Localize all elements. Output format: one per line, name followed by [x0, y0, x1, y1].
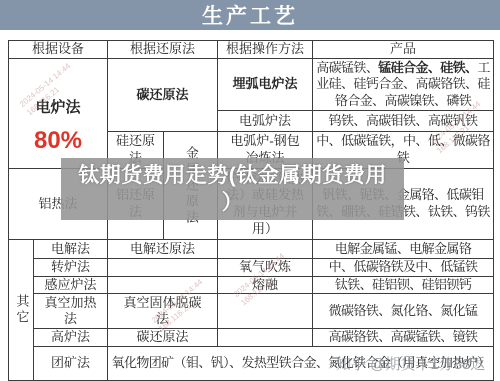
cell-dev-blast: 高炉法	[34, 329, 108, 347]
watermark-title-line1: 钛期货费用走势(钛金属期货费用	[78, 162, 387, 189]
cell-dev-briquette: 团矿法	[34, 347, 108, 381]
row-submerged-arc: 电炉法 80% 碳还原法 埋弧电炉法 高碳锰铁、锰硅合金、硅铁、工业硅、硅钙合金…	[9, 59, 494, 111]
cell-dev-induction: 感应炉法	[34, 276, 108, 294]
cell-op-electrolysis-empty	[218, 240, 313, 259]
zhihu-watermark: 知乎 @期货十1分88返	[336, 353, 485, 374]
cell-equip-other: 其它	[9, 240, 34, 381]
cell-red-converter-empty	[108, 259, 218, 277]
cell-op-blast-empty	[218, 329, 313, 347]
header-reduction: 根据还原法	[108, 41, 218, 59]
row-converter: 转炉法 氧气吹炼 中、低碳铬铁及中、低锰铁	[9, 259, 494, 277]
watermark-title-line2: ）	[222, 189, 244, 216]
cell-electrolytic-reduction: 电解还原法	[108, 240, 218, 259]
screenshot-root: 生产工艺 根据设备 根据还原法 根据操作方法 产品 电炉法 80% 碳还原法 埋…	[0, 0, 500, 381]
cell-op-arc: 电弧炉法	[218, 111, 313, 132]
equip-electric-percent: 80%	[34, 126, 82, 157]
watermark-title-band: 钛期货费用走势(钛金属期货费用 ）	[61, 158, 404, 220]
table-header-row: 根据设备 根据还原法 根据操作方法 产品	[9, 41, 494, 59]
row-electrolysis: 其它 电解法 电解还原法 电解金属锰、电解金属铬	[9, 240, 494, 259]
cell-prod-submerged-arc: 高碳锰铁、锰硅合金、硅铁、工业硅、硅钙合金、高碳铬铁、硅铬合金、高碳镍铁、磷铁	[313, 59, 494, 111]
cell-op-submerged-arc: 埋弧电炉法	[218, 59, 313, 111]
cell-carbon-reduction: 碳还原法	[108, 59, 218, 132]
cell-dev-electrolysis: 电解法	[34, 240, 108, 259]
cell-prod-electrolysis: 电解金属锰、电解金属铬	[313, 240, 494, 259]
header-equipment: 根据设备	[9, 41, 108, 59]
header-operation: 根据操作方法	[218, 41, 313, 59]
cell-op-vacuum-empty	[218, 294, 313, 329]
header-product: 产品	[313, 41, 494, 59]
cell-prod-vacuum: 微碳铬铁、氮化铬、氮化锰	[313, 294, 494, 329]
title-bar: 生产工艺	[0, 0, 500, 30]
cell-prod-converter: 中、低碳铬铁及中、低锰铁	[313, 259, 494, 277]
cell-dev-converter: 转炉法	[34, 259, 108, 277]
cell-dev-vacuum: 真空加热 法	[34, 294, 108, 329]
cell-prod-blast: 高碳铬铁、高碳锰铁、镜铁	[313, 329, 494, 347]
cell-prod-induction: 钛铁、硅铝钡、硅铝钡钙	[313, 276, 494, 294]
row-blast-furnace: 高炉法 碳还原法 高碳铬铁、高碳锰铁、镜铁	[9, 329, 494, 347]
page-title: 生产工艺	[202, 0, 298, 30]
